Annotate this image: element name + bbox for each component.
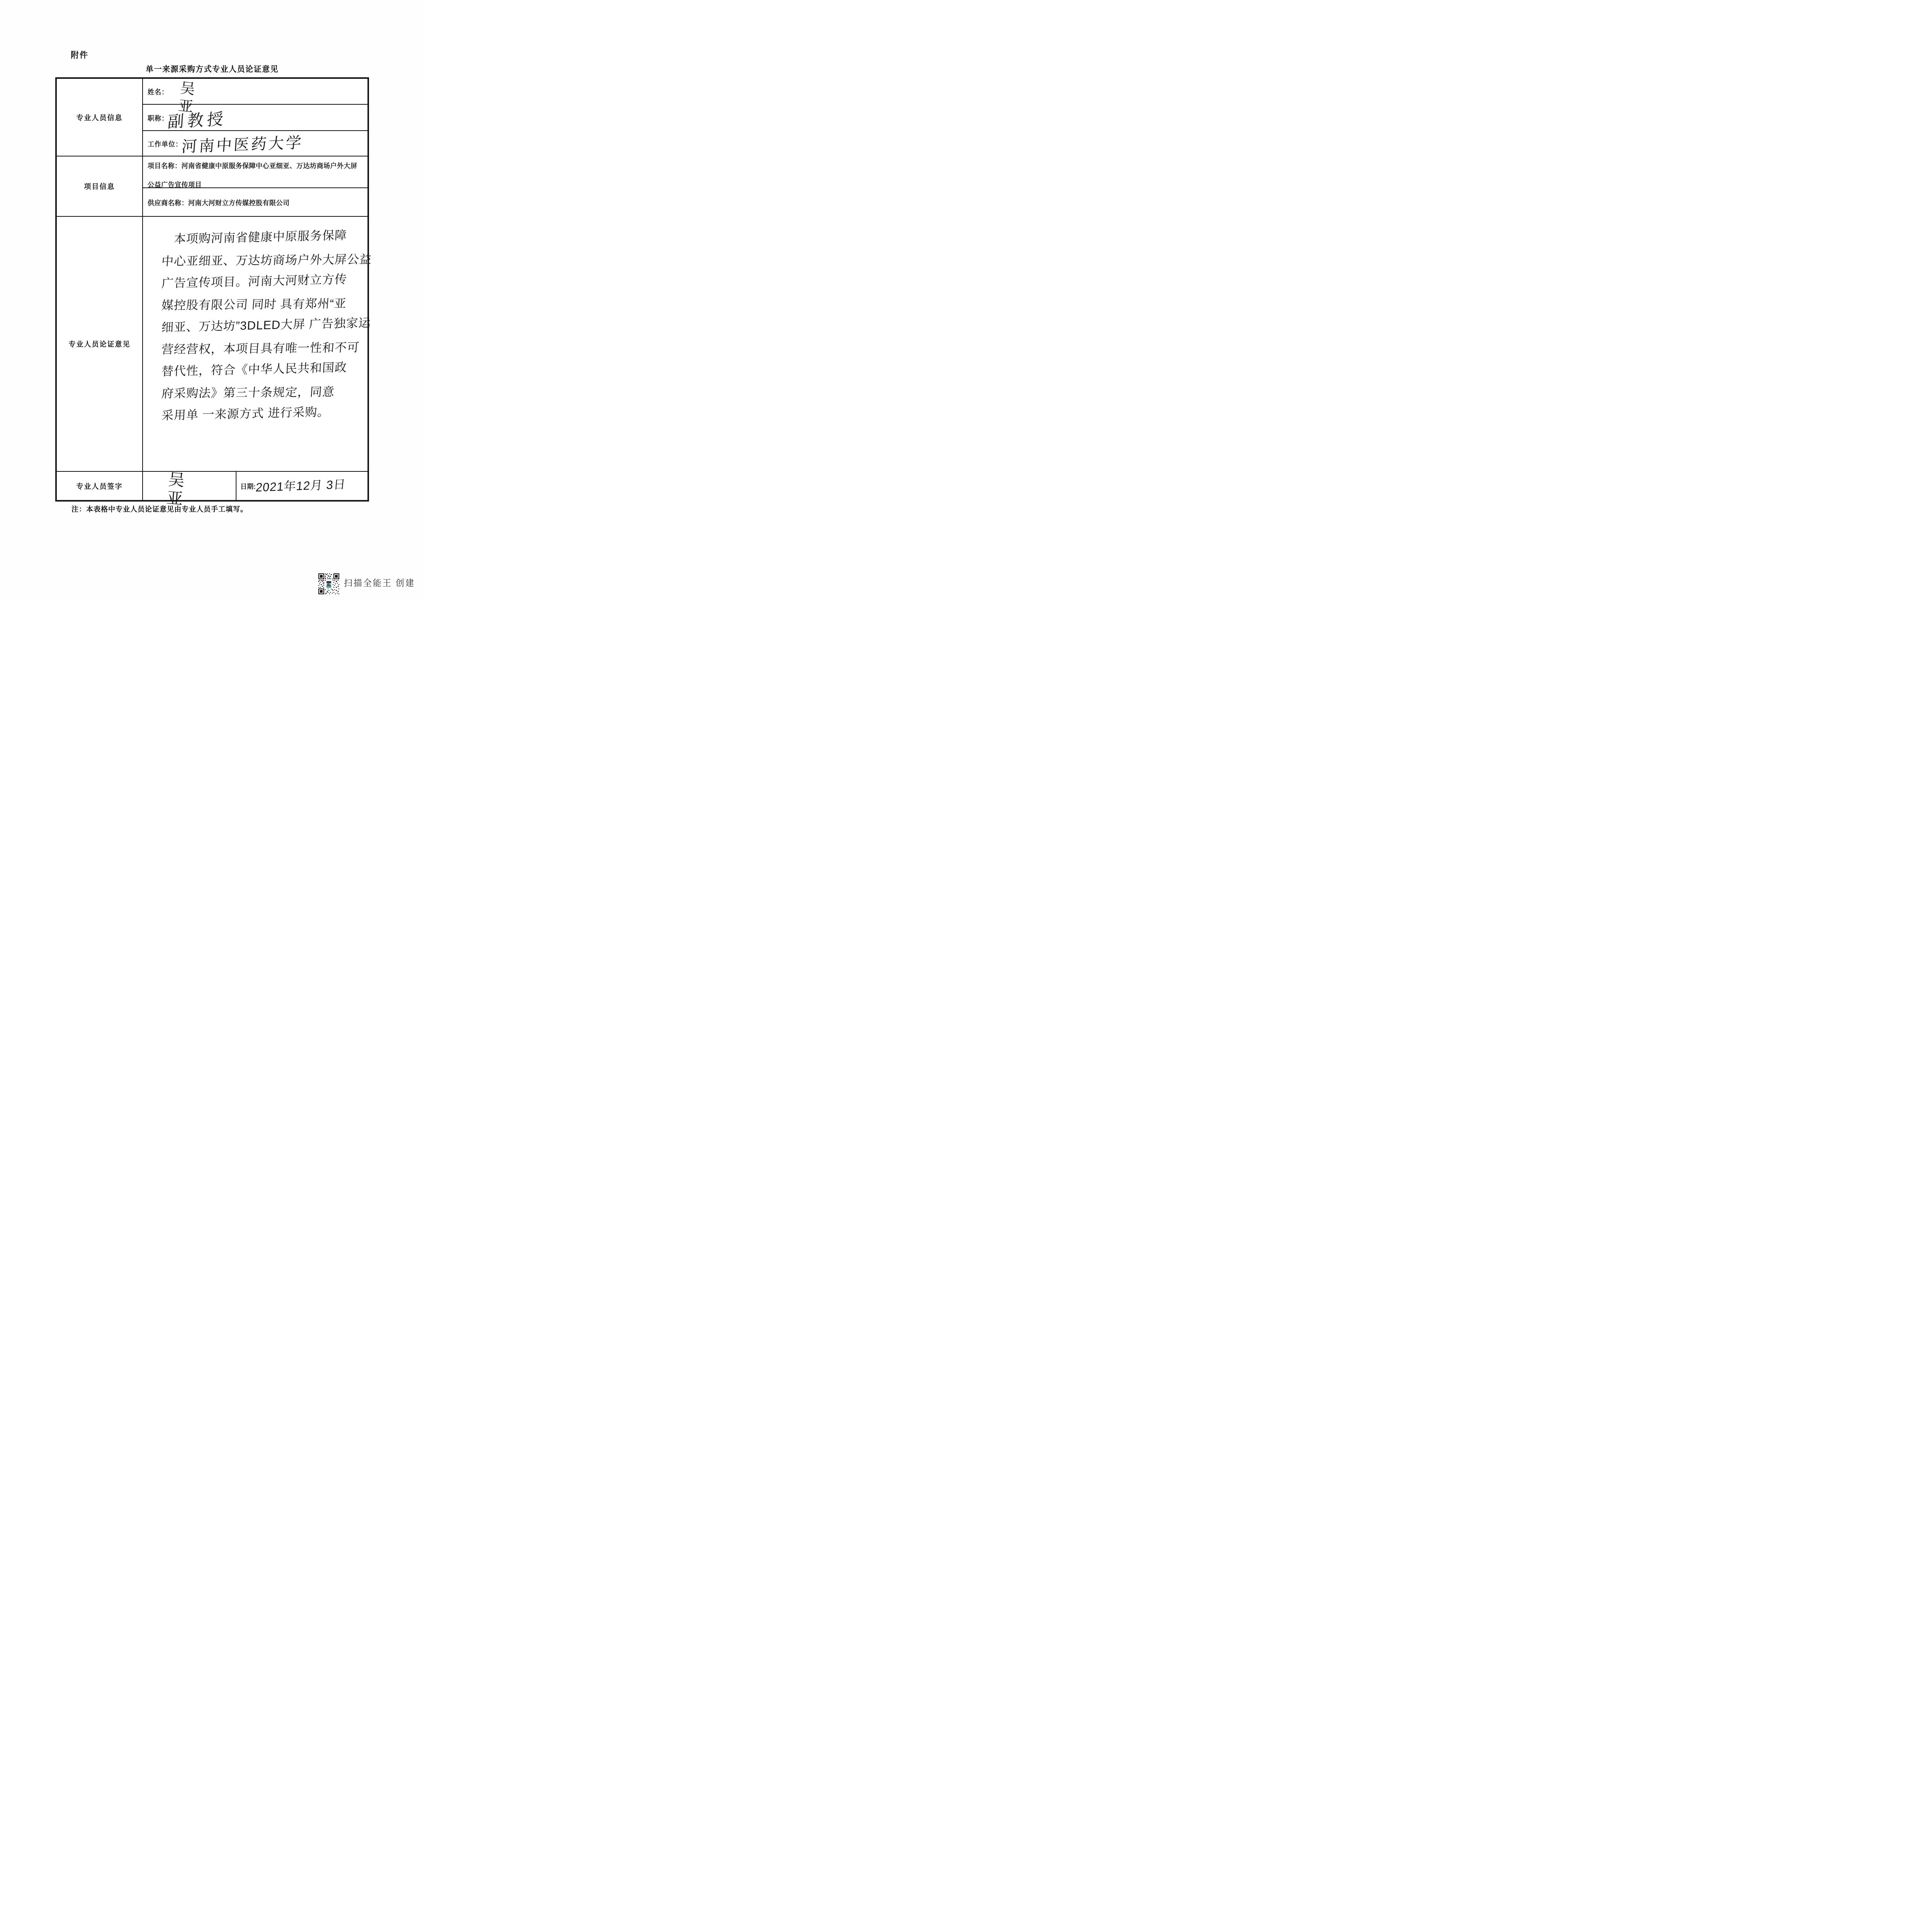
camscanner-logo-text: CS	[326, 582, 332, 587]
project-name-line2: 公益广告宣传项目	[148, 179, 367, 189]
work-unit-handwritten-value: 河南中医药大学	[181, 130, 304, 156]
supplier-line: 供应商名称：河南大河财立方传媒控股有限公司	[148, 197, 290, 207]
project-fields: 项目名称：河南省健康中原服务保障中心亚细亚、万达坊商场户外大屏 公益广告宣传项目…	[143, 156, 367, 216]
date-label: 日期:	[240, 481, 256, 491]
name-field-row: 姓名： 吴亚	[143, 79, 367, 105]
scanned-document-page: 附件 单一来源采购方式专业人员论证意见 专业人员信息 姓名： 吴亚 职称： 副教…	[0, 0, 425, 602]
attachment-label: 附件	[71, 49, 88, 60]
project-info-label: 项目信息	[84, 181, 115, 191]
opinion-header-cell: 专业人员论证意见	[57, 217, 143, 471]
opinion-line: 采用单 一来源方式 进行采购。	[161, 400, 372, 427]
footnote: 注：本表格中专业人员论证意见由专业人员手工填写。	[71, 504, 248, 514]
opinion-line: 细亚、万达坊”3DLED大屏 广告独家运	[161, 312, 372, 338]
opinion-row: 专业人员论证意见 本项购河南省健康中原服务保障 中心亚细亚、万达坊商场户外大屏公…	[57, 217, 367, 472]
opinion-line: 本项购河南省健康中原服务保障	[161, 224, 372, 250]
opinion-line: 替代性，符合《中华人民共和国政	[161, 356, 372, 383]
name-label: 姓名：	[143, 87, 168, 96]
opinion-label: 专业人员论证意见	[69, 339, 131, 349]
project-name-cell: 项目名称：河南省健康中原服务保障中心亚细亚、万达坊商场户外大屏 公益广告宣传项目	[143, 156, 367, 188]
work-unit-field-row: 工作单位： 河南中医药大学	[143, 131, 367, 156]
date-handwritten-value: 2021年12月 3日	[255, 474, 347, 495]
opinion-line: 广告宣传项目。河南大河财立方传	[161, 268, 372, 294]
signature-row: 专业人员签字 吴亚 日期: 2021年12月 3日	[57, 472, 367, 500]
supplier-cell: 供应商名称：河南大河财立方传媒控股有限公司	[143, 188, 367, 216]
personnel-info-row: 专业人员信息 姓名： 吴亚 职称： 副教授 工作单位： 河南中医药大学	[57, 79, 367, 156]
document-title: 单一来源采购方式专业人员论证意见	[55, 63, 369, 74]
job-title-handwritten-value: 副教授	[167, 106, 228, 133]
personnel-info-label: 专业人员信息	[77, 112, 123, 122]
project-info-row: 项目信息 项目名称：河南省健康中原服务保障中心亚细亚、万达坊商场户外大屏 公益广…	[57, 156, 367, 217]
work-unit-label: 工作单位：	[143, 139, 182, 148]
camscanner-credit: 扫描全能王 创建	[344, 577, 415, 588]
signature-cell: 吴亚	[143, 472, 236, 500]
date-cell: 日期: 2021年12月 3日	[236, 472, 367, 500]
project-info-header-cell: 项目信息	[57, 156, 143, 216]
job-title-label: 职称：	[143, 113, 168, 122]
job-title-field-row: 职称： 副教授	[143, 105, 367, 131]
signature-label: 专业人员签字	[77, 481, 123, 491]
personnel-fields: 姓名： 吴亚 职称： 副教授 工作单位： 河南中医药大学	[143, 79, 367, 156]
project-name-line1: 项目名称：河南省健康中原服务保障中心亚细亚、万达坊商场户外大屏	[148, 160, 367, 170]
opinion-handwritten-text: 本项购河南省健康中原服务保障 中心亚细亚、万达坊商场户外大屏公益 广告宣传项目。…	[143, 217, 372, 471]
signature-handwritten-value: 吴亚	[163, 470, 184, 529]
camscanner-logo: CS	[326, 581, 332, 589]
signature-header-cell: 专业人员签字	[57, 472, 143, 500]
opinion-form-table: 专业人员信息 姓名： 吴亚 职称： 副教授 工作单位： 河南中医药大学	[55, 77, 369, 502]
qr-code-icon: CS	[318, 573, 339, 595]
personnel-info-header-cell: 专业人员信息	[57, 79, 143, 156]
